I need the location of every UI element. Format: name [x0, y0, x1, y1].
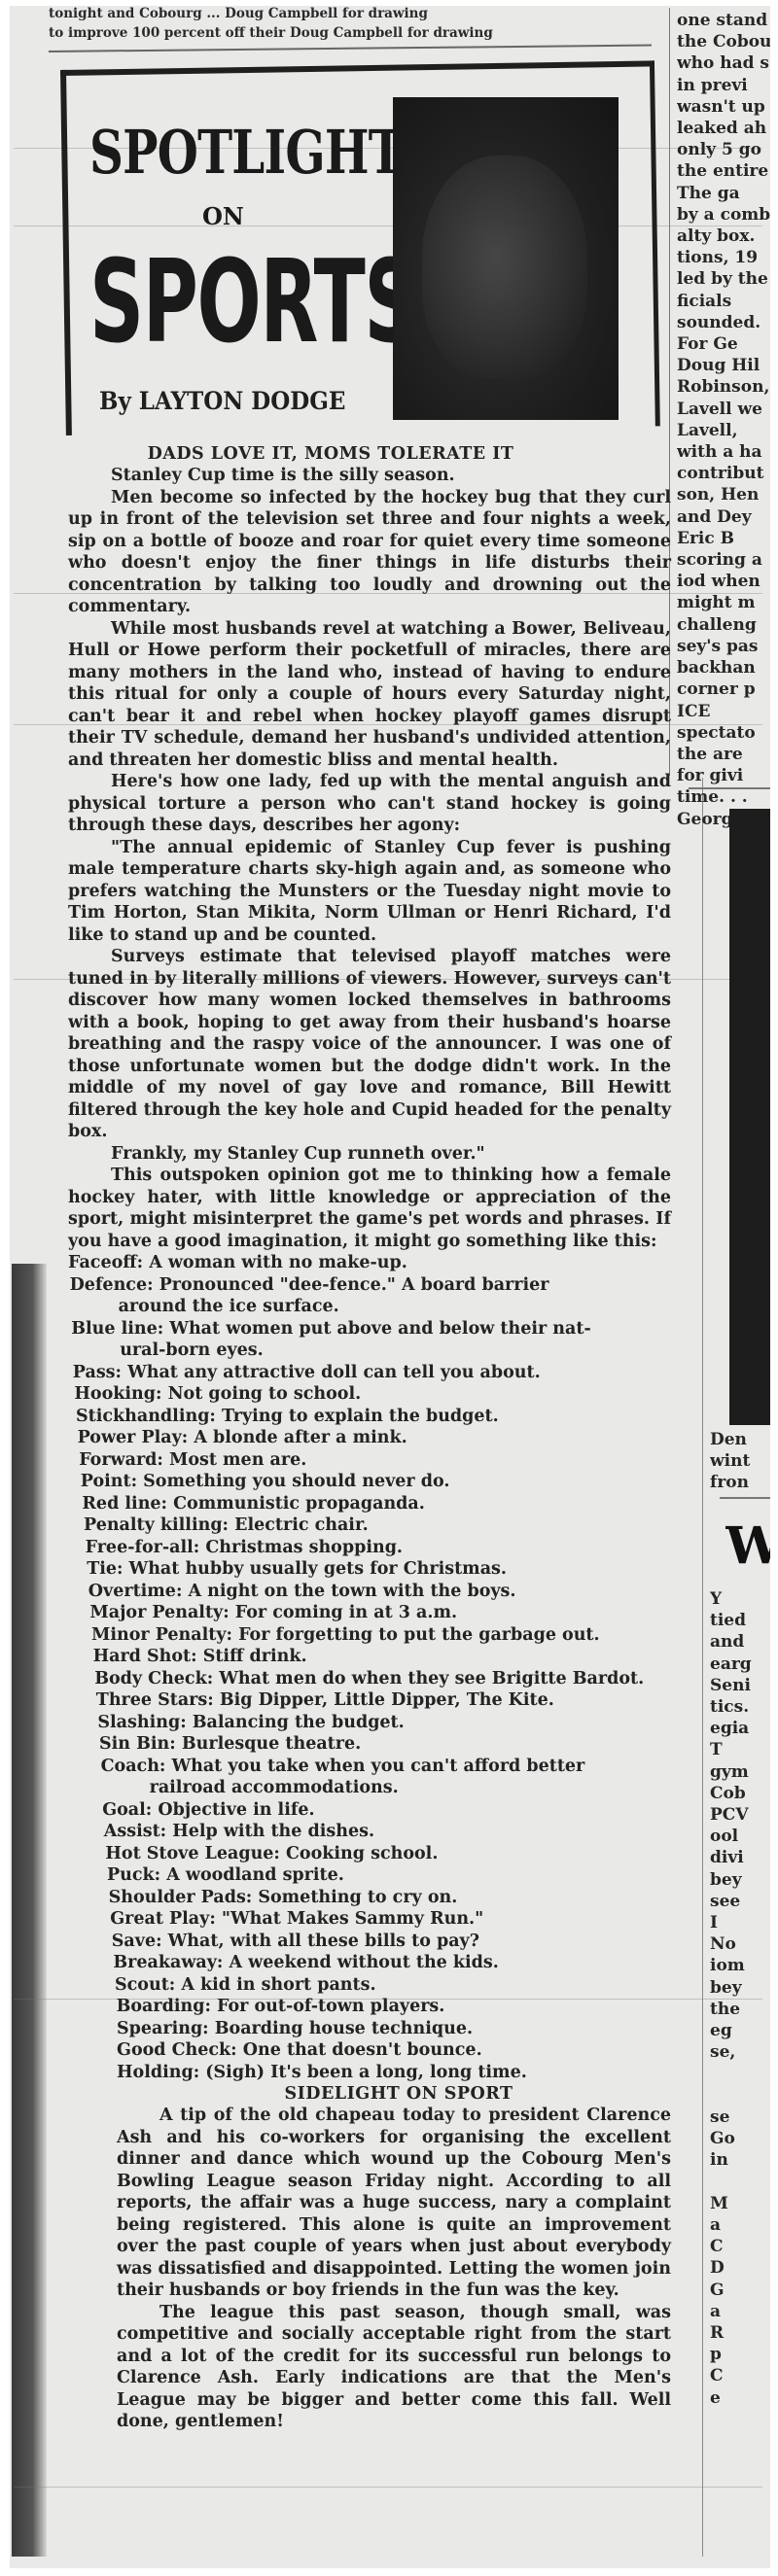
glossary-entry: Defence: Pronounced "dee-fence." A board…: [68, 1274, 671, 1318]
previous-article-fragment: tonight and Cobourg ... Doug Campbell fo…: [49, 4, 661, 43]
glossary-term: Holding:: [117, 2063, 205, 2082]
fragment-line: and: [710, 1631, 770, 1653]
glossary-entry: Overtime: A night on the town with the b…: [68, 1581, 671, 1603]
fragment-line: challeng: [677, 614, 770, 636]
fragment-line: Lavell,: [677, 420, 770, 441]
glossary-entry: Penalty killing: Electric chair.: [68, 1514, 671, 1537]
glossary-term: Scout:: [115, 1975, 181, 1995]
fragment-line: and Dey: [677, 506, 770, 528]
glossary-entry: Forward: Most men are.: [68, 1449, 671, 1472]
fragment-line: fron: [710, 1472, 770, 1493]
glossary-definition: "What Makes Sammy Run.": [222, 1909, 483, 1929]
glossary-definition: What any attractive doll can tell you ab…: [127, 1363, 541, 1382]
sidelight-paragraph: The league this past season, though smal…: [68, 2302, 671, 2433]
fragment-line: might m: [677, 592, 770, 613]
portrait-face: [422, 156, 587, 379]
glossary-entry: Minor Penalty: For forgetting to put the…: [68, 1624, 671, 1647]
fragment-line: with a ha: [677, 441, 770, 463]
glossary-definition: What, with all these bills to pay?: [168, 1932, 479, 1951]
fragment-line: C: [710, 2236, 770, 2257]
fragment-line: bey: [710, 1869, 770, 1891]
glossary-definition: Communistic propaganda.: [173, 1494, 425, 1514]
glossary-definition: Cooking school.: [286, 1844, 438, 1863]
column-rule: [720, 1497, 770, 1499]
glossary-definition: Objective in life.: [158, 1800, 314, 1820]
fragment-line: the: [710, 1999, 770, 2020]
glossary-definition: (Sigh) It's been a long, long time.: [205, 2063, 527, 2082]
glossary-term: Boarding:: [117, 1997, 217, 2016]
glossary-entry: Tie: What hubby usually gets for Christm…: [68, 1558, 671, 1581]
fragment-line: se,: [710, 2041, 770, 2063]
glossary-term: Good Check:: [117, 2040, 243, 2060]
fragment-line: Eric B: [677, 528, 770, 549]
fragment-line: the are: [677, 744, 770, 765]
subhead-sidelight: SIDELIGHT ON SPORT: [68, 2083, 671, 2105]
glossary-entry: Power Play: A blonde after a mink.: [68, 1427, 671, 1449]
glossary-term: Assist:: [104, 1822, 172, 1841]
glossary-definition: A kid in short pants.: [181, 1975, 375, 1995]
scan-line: [14, 2487, 762, 2488]
glossary-entry: Coach: What you take when you can't affo…: [68, 1756, 671, 1799]
glossary-term: Major Penalty:: [89, 1603, 234, 1622]
article-paragraph: Here's how one lady, fed up with the men…: [68, 771, 671, 837]
article-body: DADS LOVE IT, MOMS TOLERATE IT Stanley C…: [68, 443, 671, 2433]
fragment-line: [710, 2473, 770, 2494]
fragment-line: see: [710, 1891, 770, 1912]
fragment-line: No: [710, 1933, 770, 1955]
fragment-line: time. . .: [677, 786, 770, 808]
glossary-entry: Red line: Communistic propaganda.: [68, 1493, 671, 1515]
fragment-line: a: [710, 2301, 770, 2322]
fragment-line: the entire: [677, 160, 770, 182]
fragment-line: se: [710, 2106, 770, 2128]
glossary-definition: What women put above and below their nat…: [169, 1319, 590, 1339]
glossary-definition: Something to cry on.: [258, 1888, 457, 1907]
glossary-term: Shoulder Pads:: [109, 1888, 259, 1907]
glossary-entry: Puck: A woodland sprite.: [68, 1864, 671, 1887]
adjacent-photo: [729, 809, 770, 1425]
glossary-term: Overtime:: [88, 1582, 189, 1601]
fragment-line: [710, 2495, 770, 2517]
glossary-definition: What you take when you can't afford bett…: [171, 1757, 584, 1776]
fragment-line: ficials: [677, 291, 770, 312]
fragment-line: The ga: [677, 183, 770, 204]
fragment-line: Doug Hil: [677, 355, 770, 376]
glossary-term: Point:: [81, 1472, 143, 1491]
glossary-definition: A blonde after a mink.: [194, 1428, 407, 1447]
fragment-line: T: [710, 1739, 770, 1760]
fragment-line: one stand: [677, 10, 770, 31]
glossary-definition: For forgetting to put the garbage out.: [238, 1625, 600, 1645]
fragment-line: sey's pas: [677, 636, 770, 657]
fragment-line: Den: [710, 1429, 770, 1450]
glossary-definition: A night on the town with the boys.: [189, 1582, 516, 1601]
glossary-entry: Scout: A kid in short pants.: [68, 1974, 671, 1997]
fragment-line: D: [710, 2257, 770, 2279]
glossary-entry: Breakaway: A weekend without the kids.: [68, 1952, 671, 1974]
glossary-term: Red line:: [82, 1494, 173, 1514]
adjacent-headline-letter: W: [725, 1516, 770, 1576]
glossary-definition: A woman with no make-up.: [149, 1253, 407, 1272]
article-paragraph: While most husbands revel at watching a …: [68, 618, 671, 772]
glossary-definition: Big Dipper, Little Dipper, The Kite.: [220, 1690, 554, 1710]
fragment-line: tions, 19: [677, 247, 770, 268]
column-rule: [689, 787, 770, 789]
fragment-line: Robinson,: [677, 376, 770, 398]
glossary-term: Puck:: [107, 1865, 166, 1885]
fragment-line: Cob: [710, 1783, 770, 1804]
glossary-definition-continued: ural-born eyes.: [71, 1340, 671, 1362]
glossary-definition: Burlesque theatre.: [182, 1734, 361, 1754]
glossary-definition-continued: around the ice surface.: [70, 1296, 671, 1318]
glossary-entry: Shoulder Pads: Something to cry on.: [68, 1887, 671, 1909]
glossary-entry: Pass: What any attractive doll can tell …: [68, 1362, 671, 1384]
byline: By LAYTON DODGE: [99, 387, 345, 415]
fragment-line: [710, 2409, 770, 2430]
fragment-line: [710, 2063, 770, 2084]
glossary-definition: A woodland sprite.: [166, 1865, 344, 1885]
glossary-term: Slashing:: [97, 1713, 192, 1732]
glossary-term: Great Play:: [110, 1909, 222, 1929]
photo-caption-fragment: Denwintfron: [710, 1429, 770, 1494]
glossary-entry: Boarding: For out-of-town players.: [68, 1996, 671, 2018]
fragment-line: iom: [710, 1955, 770, 1976]
glossary-term: Stickhandling:: [76, 1407, 222, 1426]
fragment-line: earg: [710, 1654, 770, 1675]
fragment-line: wint: [710, 1450, 770, 1472]
header-title-on: ON: [202, 202, 244, 230]
article-paragraph: Men become so infected by the hockey bug…: [68, 487, 671, 618]
fragment-line: divi: [710, 1847, 770, 1868]
article-paragraph: Frankly, my Stanley Cup runneth over.": [68, 1143, 671, 1166]
fragment-line: who had s: [677, 52, 770, 74]
fragment-line: for givi: [677, 765, 770, 786]
glossary-term: Breakaway:: [113, 1953, 229, 1972]
glossary-entry: Great Play: "What Makes Sammy Run.": [68, 1908, 671, 1931]
fragment-line: [710, 2085, 770, 2106]
fragment-line: to improve 100 percent off their Doug Ca…: [49, 23, 661, 43]
glossary-entry: Slashing: Balancing the budget.: [68, 1712, 671, 1734]
glossary-term: Pass:: [73, 1363, 127, 1382]
glossary-definition: What men do when they see Brigitte Bardo…: [219, 1669, 644, 1688]
glossary-definition: What hubby usually gets for Christmas.: [129, 1559, 507, 1579]
fragment-line: only 5 go: [677, 139, 770, 160]
adjacent-column-text: YtiedandeargSenitics.egia TgymCobPCVoold…: [710, 1588, 770, 2538]
glossary-term: Faceoff:: [68, 1253, 149, 1272]
glossary-definition-continued: railroad accommodations.: [101, 1777, 671, 1799]
fragment-line: I: [710, 1912, 770, 1933]
glossary-term: Goal:: [102, 1800, 158, 1820]
fragment-line: alty box.: [677, 226, 770, 247]
glossary-definition: Electric chair.: [234, 1515, 369, 1535]
glossary-definition: Boarding house technique.: [215, 2019, 473, 2038]
glossary-definition: Trying to explain the budget.: [222, 1407, 499, 1426]
glossary-entry: Goal: Objective in life.: [68, 1799, 671, 1822]
fragment-line: Seni: [710, 1675, 770, 1696]
sidelight-paragraphs: A tip of the old chapeau today to presid…: [68, 2105, 671, 2433]
glossary-entry: Good Check: One that doesn't bounce.: [68, 2039, 671, 2062]
glossary-definition: For out-of-town players.: [217, 1997, 444, 2016]
glossary-entry: Hard Shot: Stiff drink.: [68, 1646, 671, 1668]
glossary-term: Hard Shot:: [93, 1647, 203, 1666]
fragment-line: wasn't up: [677, 96, 770, 118]
fragment-line: Y: [710, 1588, 770, 1610]
article-paragraph: "The annual epidemic of Stanley Cup feve…: [68, 837, 671, 947]
glossary-entry: Major Penalty: For coming in at 3 a.m.: [68, 1602, 671, 1624]
header-title-sports: SPORTS: [89, 233, 417, 369]
glossary-entry: Body Check: What men do when they see Br…: [68, 1668, 671, 1690]
fragment-line: egia: [710, 1718, 770, 1739]
glossary-term: Spearing:: [117, 2019, 215, 2038]
fragment-line: [710, 2517, 770, 2538]
fragment-line: Go: [710, 2128, 770, 2149]
fragment-line: Lavell we: [677, 399, 770, 420]
columnist-portrait: [393, 97, 619, 420]
sidelight-paragraph: A tip of the old chapeau today to presid…: [68, 2105, 671, 2302]
glossary-term: Defence:: [70, 1275, 159, 1295]
fragment-line: by a combi: [677, 204, 770, 226]
glossary-entry: Stickhandling: Trying to explain the bud…: [68, 1406, 671, 1428]
fragment-line: sounded.: [677, 312, 770, 333]
fragment-line: leaked ah: [677, 118, 770, 139]
glossary-entry: Holding: (Sigh) It's been a long, long t…: [68, 2062, 671, 2084]
fragment-line: p: [710, 2344, 770, 2365]
glossary-term: Power Play:: [78, 1428, 194, 1447]
article-headline: DADS LOVE IT, MOMS TOLERATE IT: [68, 443, 671, 465]
glossary-entry: Spearing: Boarding house technique.: [68, 2018, 671, 2040]
glossary-entry: Save: What, with all these bills to pay?: [68, 1931, 671, 1953]
glossary-term: Free-for-all:: [86, 1538, 206, 1557]
glossary-entry: Free-for-all: Christmas shopping.: [68, 1537, 671, 1559]
fragment-line: bey: [710, 1977, 770, 1999]
glossary-definition: Christmas shopping.: [205, 1538, 403, 1557]
fragment-line: corner p: [677, 679, 770, 700]
fragment-line: tied: [710, 1610, 770, 1631]
glossary-term: Forward:: [79, 1450, 169, 1470]
fragment-line: led by the: [677, 268, 770, 290]
adjacent-column-text: one standthe Cobouwho had sin previwasn'…: [677, 10, 770, 830]
page-edge-shadow: [12, 1264, 47, 2557]
fragment-line: contribut: [677, 463, 770, 484]
fragment-line: R: [710, 2322, 770, 2344]
glossary-entry: Faceoff: A woman with no make-up.: [68, 1252, 671, 1274]
fragment-line: eg: [710, 2020, 770, 2041]
glossary-definition: Stiff drink.: [203, 1647, 307, 1666]
glossary-definition: Not going to school.: [168, 1384, 362, 1404]
glossary-definition: A weekend without the kids.: [229, 1953, 498, 1972]
article-paragraphs: Stanley Cup time is the silly season.Men…: [68, 465, 671, 1252]
fragment-line: a: [710, 2214, 770, 2236]
article-paragraph: Surveys estimate that televised playoff …: [68, 946, 671, 1143]
glossary-term: Three Stars:: [96, 1690, 220, 1710]
fragment-line: ool: [710, 1826, 770, 1847]
glossary-definition: Most men are.: [169, 1450, 306, 1470]
glossary-term: Penalty killing:: [84, 1515, 234, 1535]
glossary-definition: Help with the dishes.: [172, 1822, 374, 1841]
glossary-definition: For coming in at 3 a.m.: [235, 1603, 457, 1622]
fragment-line: tonight and Cobourg ... Doug Campbell fo…: [49, 4, 661, 23]
glossary-entry: Sin Bin: Burlesque theatre.: [68, 1733, 671, 1756]
article-paragraph: This outspoken opinion got me to thinkin…: [68, 1165, 671, 1252]
column-divider: [702, 778, 703, 2557]
glossary-entry: Three Stars: Big Dipper, Little Dipper, …: [68, 1689, 671, 1712]
fragment-line: [710, 2171, 770, 2192]
fragment-line: the Cobou: [677, 31, 770, 52]
glossary-entry: Hooking: Not going to school.: [68, 1383, 671, 1406]
glossary-definition: Balancing the budget.: [193, 1713, 405, 1732]
fragment-line: PCV: [710, 1804, 770, 1826]
fragment-line: spectato: [677, 722, 770, 744]
glossary-entry: Blue line: What women put above and belo…: [68, 1318, 671, 1362]
glossary-term: Body Check:: [94, 1669, 219, 1688]
glossary-entry: Assist: Help with the dishes.: [68, 1821, 671, 1843]
glossary-term: Hot Stove League:: [105, 1844, 286, 1863]
fragment-line: backhan: [677, 657, 770, 679]
header-title-spotlight: SPOTLIGHT: [89, 117, 403, 188]
fragment-line: in: [710, 2149, 770, 2171]
glossary-term: Minor Penalty:: [91, 1625, 238, 1645]
fragment-line: son, Hen: [677, 484, 770, 505]
fragment-line: M: [710, 2193, 770, 2214]
glossary-term: Coach:: [101, 1757, 172, 1776]
fragment-line: C: [710, 2365, 770, 2386]
glossary-term: Blue line:: [71, 1319, 169, 1339]
fragment-line: tics.: [710, 1696, 770, 1718]
glossary-term: Save:: [112, 1932, 168, 1951]
fragment-line: ICE: [677, 701, 770, 722]
fragment-line: [710, 2430, 770, 2452]
glossary-definition: Pronounced "dee-fence." A board barrier: [159, 1275, 549, 1295]
fragment-line: e: [710, 2387, 770, 2409]
glossary-term: Sin Bin:: [99, 1734, 182, 1754]
glossary-entry: Point: Something you should never do.: [68, 1471, 671, 1493]
fragment-line: [710, 2452, 770, 2473]
glossary-term: Tie:: [87, 1559, 128, 1579]
glossary-definition: Something you should never do.: [143, 1472, 449, 1491]
fragment-line: in previ: [677, 75, 770, 96]
glossary-term: Hooking:: [74, 1384, 167, 1404]
fragment-line: iod when: [677, 571, 770, 592]
article-paragraph: Stanley Cup time is the silly season.: [68, 465, 671, 487]
hockey-glossary: Faceoff: A woman with no make-up.Defence…: [68, 1252, 671, 2083]
fragment-line: gym: [710, 1761, 770, 1783]
glossary-definition: One that doesn't bounce.: [243, 2040, 482, 2060]
fragment-line: G: [710, 2280, 770, 2301]
glossary-entry: Hot Stove League: Cooking school.: [68, 1843, 671, 1865]
fragment-line: scoring a: [677, 549, 770, 571]
fragment-line: For Ge: [677, 333, 770, 355]
